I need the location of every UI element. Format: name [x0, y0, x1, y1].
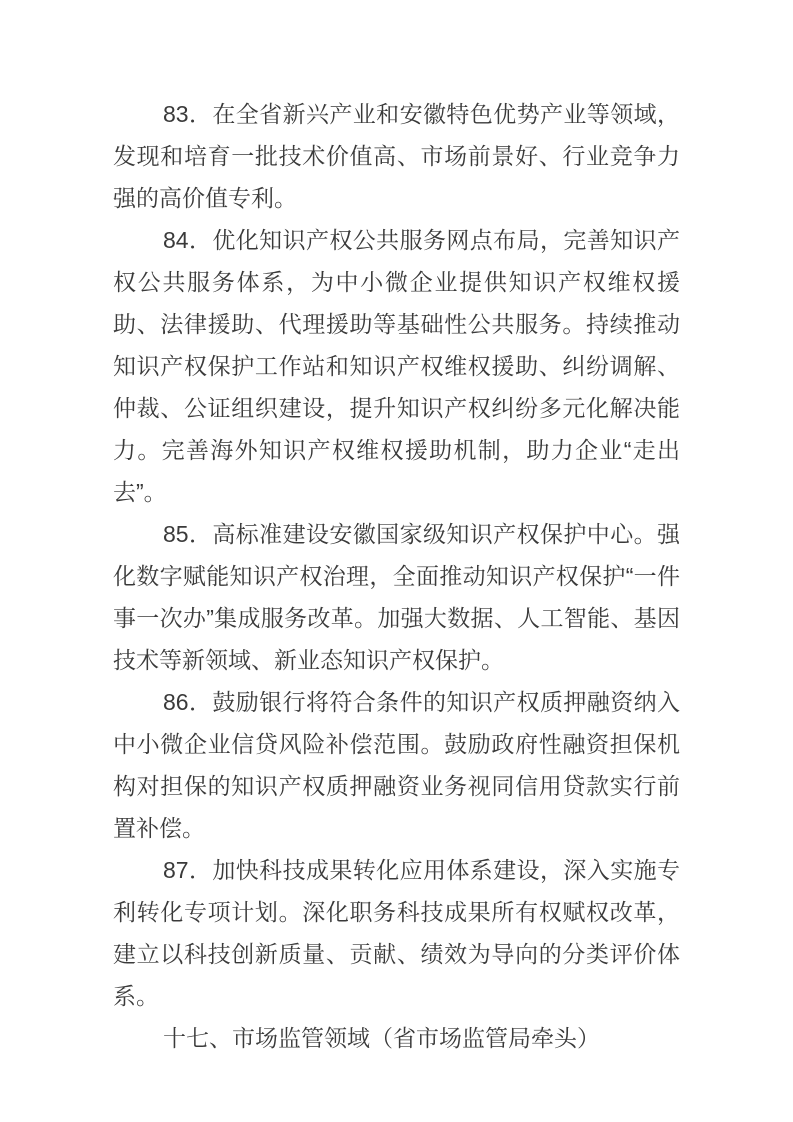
text-content: 83．在全省新兴产业和安徽特色优势产业等领域，发现和培育一批技术价值高、市场前景…: [113, 93, 680, 1059]
document-page: 83．在全省新兴产业和安徽特色优势产业等领域，发现和培育一批技术价值高、市场前景…: [0, 0, 793, 1122]
paragraph-83: 83．在全省新兴产业和安徽特色优势产业等领域，发现和培育一批技术价值高、市场前景…: [113, 93, 680, 219]
paragraph-86: 86．鼓励银行将符合条件的知识产权质押融资纳入中小微企业信贷风险补偿范围。鼓励政…: [113, 681, 680, 849]
paragraph-85: 85．高标准建设安徽国家级知识产权保护中心。强化数字赋能知识产权治理，全面推动知…: [113, 513, 680, 681]
section-heading: 十七、市场监管领域（省市场监管局牵头）: [113, 1017, 680, 1059]
paragraph-84: 84．优化知识产权公共服务网点布局，完善知识产权公共服务体系，为中小微企业提供知…: [113, 219, 680, 513]
paragraph-87: 87．加快科技成果转化应用体系建设，深入实施专利转化专项计划。深化职务科技成果所…: [113, 849, 680, 1017]
